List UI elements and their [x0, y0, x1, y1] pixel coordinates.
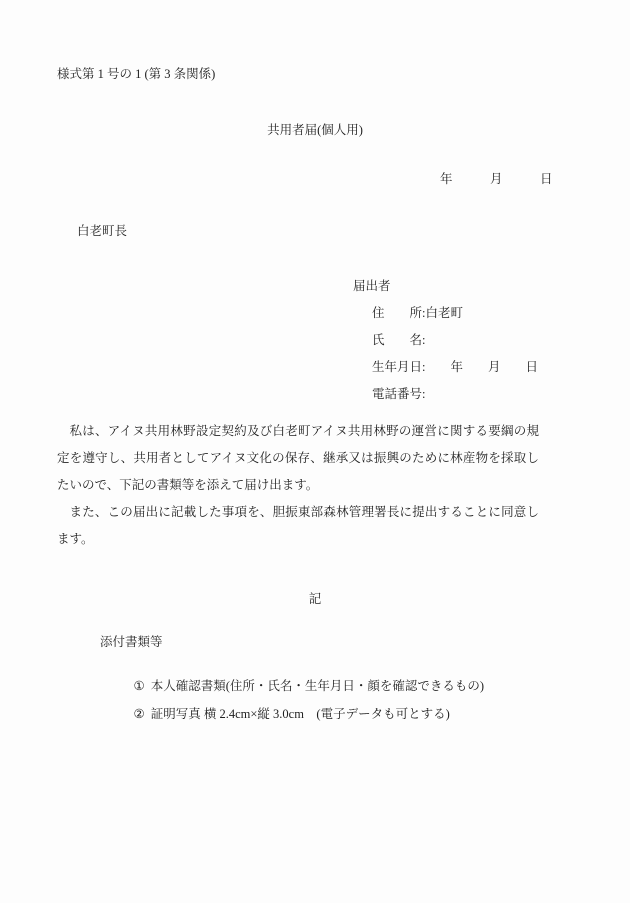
notifier-phone-field: 電話番号: — [372, 384, 425, 402]
note-heading: 記 — [0, 589, 630, 607]
date-line: 年 月 日 — [440, 169, 553, 187]
attachment-item-text: 証明写真 横 2.4cm×縦 3.0cm (電子データも可とする) — [151, 707, 450, 721]
attachment-item: ②証明写真 横 2.4cm×縦 3.0cm (電子データも可とする) — [121, 689, 450, 737]
attachments-heading: 添付書類等 — [100, 632, 163, 650]
notifier-address-field: 住 所:白老町 — [372, 303, 463, 321]
notifier-birthdate-field: 生年月日: 年 月 日 — [372, 357, 538, 375]
body-paragraph-1: 私は、アイヌ共用林野設定契約及び白老町アイヌ共用林野の運営に関する要綱の規定を遵… — [57, 418, 539, 499]
form-number: 様式第 1 号の 1 (第 3 条関係) — [57, 64, 215, 82]
attachment-item-marker: ② — [134, 706, 145, 722]
body-paragraphs: 私は、アイヌ共用林野設定契約及び白老町アイヌ共用林野の運営に関する要綱の規定を遵… — [57, 418, 539, 553]
recipient-name: 白老町長 — [77, 221, 127, 239]
form-document-page: 様式第 1 号の 1 (第 3 条関係) 共用者届(個人用) 年 月 日 白老町… — [0, 0, 630, 903]
notifier-name-field: 氏 名: — [372, 330, 425, 348]
document-title: 共用者届(個人用) — [0, 120, 630, 138]
body-paragraph-2: また、この届出に記載した事項を、胆振東部森林管理署長に提出することに同意します。 — [57, 499, 539, 553]
notifier-heading: 届出者 — [353, 276, 391, 294]
